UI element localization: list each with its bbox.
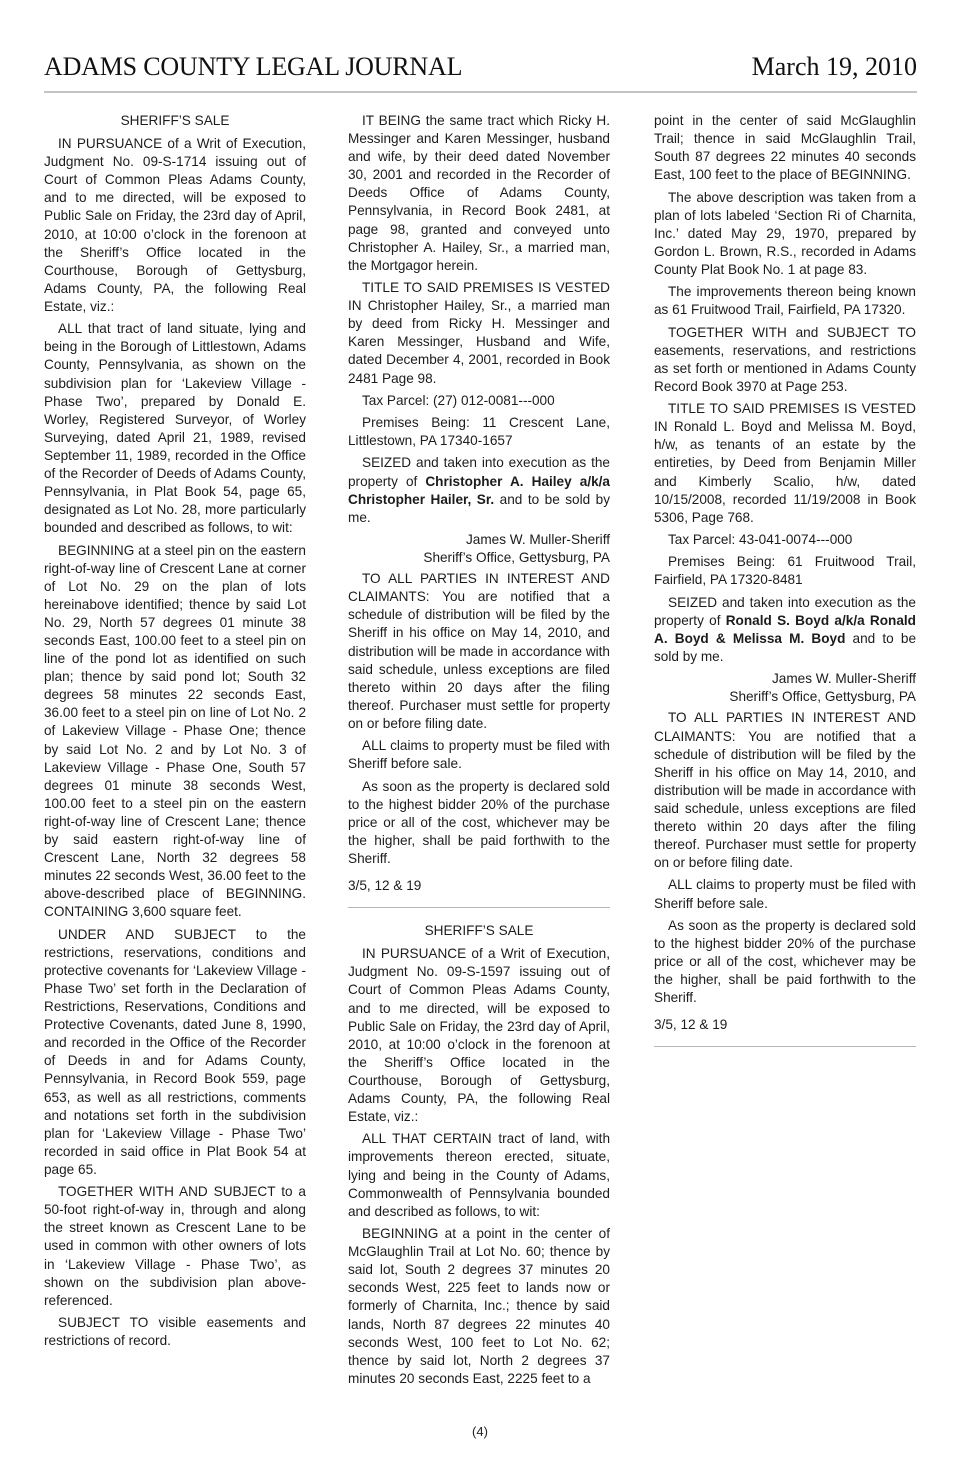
- notice-1-tract: ALL that tract of land situate, lying an…: [44, 320, 306, 537]
- notice-1-pursuance: IN PURSUANCE of a Writ of Execution, Jud…: [44, 135, 306, 316]
- notice-2-sheriff-office: Sheriff’s Office, Gettysburg, PA: [654, 688, 916, 706]
- notice-2-seized: SEIZED and taken into execution as the p…: [654, 594, 916, 666]
- notice-1-title-vested: TITLE TO SAID PREMISES IS VESTED IN Chri…: [348, 279, 610, 388]
- notice-1-together-with: TOGETHER WITH AND SUBJECT to a 50-foot r…: [44, 1183, 306, 1310]
- notice-1-heading: SHERIFF’S SALE: [44, 112, 306, 130]
- journal-header: ADAMS COUNTY LEGAL JOURNAL March 19, 201…: [44, 50, 917, 84]
- notice-1-to-all-parties: TO ALL PARTIES IN INTEREST AND CLAIMANTS…: [348, 570, 610, 733]
- notice-2-beginning-part-2: point in the center of said McGlaughlin …: [654, 112, 916, 184]
- notice-2-improvements: The improvements thereon being known as …: [654, 283, 916, 319]
- notice-2-description-source: The above description was taken from a p…: [654, 189, 916, 279]
- notice-2-as-soon: As soon as the property is declared sold…: [654, 917, 916, 1007]
- notice-1-as-soon: As soon as the property is declared sold…: [348, 778, 610, 868]
- column-2: IT BEING the same tract which Ricky H. M…: [348, 112, 610, 1392]
- notice-1-sheriff-name: James W. Muller-Sheriff: [348, 531, 610, 549]
- notice-1-under-subject: UNDER AND SUBJECT to the restrictions, r…: [44, 926, 306, 1179]
- notice-divider: [348, 907, 610, 908]
- notice-2-beginning-part-1: BEGINNING at a point in the center of Mc…: [348, 1225, 610, 1388]
- notice-2-all-claims: ALL claims to property must be filed wit…: [654, 876, 916, 912]
- column-1: SHERIFF’S SALE IN PURSUANCE of a Writ of…: [44, 112, 306, 1354]
- notice-1-seized: SEIZED and taken into execution as the p…: [348, 454, 610, 526]
- notice-1-it-being: IT BEING the same tract which Ricky H. M…: [348, 112, 610, 275]
- notice-1-sheriff-office: Sheriff’s Office, Gettysburg, PA: [348, 549, 610, 567]
- notice-1-subject-to: SUBJECT TO visible easements and restric…: [44, 1314, 306, 1350]
- notice-1-premises: Premises Being: 11 Crescent Lane, Little…: [348, 414, 610, 450]
- notice-2-heading: SHERIFF’S SALE: [348, 922, 610, 940]
- issue-date: March 19, 2010: [752, 50, 917, 84]
- notice-2-to-all-parties: TO ALL PARTIES IN INTEREST AND CLAIMANTS…: [654, 709, 916, 872]
- journal-title: ADAMS COUNTY LEGAL JOURNAL: [44, 50, 462, 84]
- notice-1-tax-parcel: Tax Parcel: (27) 012-0081---000: [348, 392, 610, 410]
- column-3: point in the center of said McGlaughlin …: [654, 112, 916, 1061]
- header-rule: [44, 91, 917, 93]
- notice-end-divider: [654, 1046, 916, 1047]
- notice-2-sheriff-name: James W. Muller-Sheriff: [654, 670, 916, 688]
- notice-1-all-claims: ALL claims to property must be filed wit…: [348, 737, 610, 773]
- notice-2-pursuance: IN PURSUANCE of a Writ of Execution, Jud…: [348, 945, 610, 1126]
- notice-2-tax-parcel: Tax Parcel: 43-041-0074---000: [654, 531, 916, 549]
- notice-1-beginning: BEGINNING at a steel pin on the eastern …: [44, 542, 306, 922]
- notice-1-publication-dates: 3/5, 12 & 19: [348, 877, 610, 895]
- notice-2-publication-dates: 3/5, 12 & 19: [654, 1016, 916, 1034]
- notice-2-premises: Premises Being: 61 Fruitwood Trail, Fair…: [654, 553, 916, 589]
- page-number: (4): [0, 1424, 960, 1439]
- notice-2-title-vested: TITLE TO SAID PREMISES IS VESTED IN Rona…: [654, 400, 916, 527]
- notice-2-tract: ALL THAT CERTAIN tract of land, with imp…: [348, 1130, 610, 1220]
- notice-2-together-with: TOGETHER WITH and SUBJECT TO easements, …: [654, 324, 916, 396]
